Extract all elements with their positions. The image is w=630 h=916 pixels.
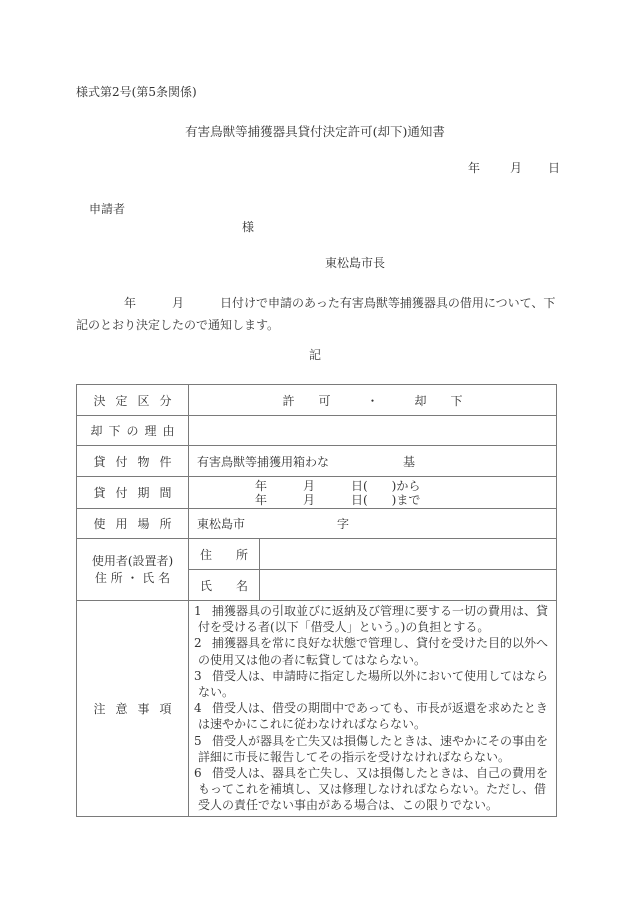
label-char: 使 [89, 515, 111, 532]
note-text: 捕獲器具を常に良好な状態で管理し、貸付を受けた目的以外へ [212, 636, 548, 650]
note-item-1: 1捕獲器具の引取並びに返納及び管理に要する一切の費用は、貸付を受ける者(以下「借… [194, 603, 552, 635]
label-char: 期 [133, 484, 155, 501]
note-text: 借受人は、借受の期間中であっても、市長が返還を求めたとき [212, 701, 548, 715]
issue-date: 年月日 [468, 159, 560, 176]
period-from: 年 月 日( )から [255, 479, 556, 493]
label-char: 区 [133, 392, 155, 409]
note-number: 3 [194, 668, 212, 684]
label-char: 貸 [89, 484, 111, 501]
note-number: 5 [194, 733, 212, 749]
label-char: 下 [106, 422, 124, 439]
note-text: 借受人が器具を亡失又は損傷したときは、速やかにその事由を [212, 734, 548, 748]
row-decision: 決定区分 許 可 ・ 却 下 [77, 385, 557, 416]
ki-heading: 記 [0, 346, 630, 363]
label-char: 件 [155, 453, 177, 470]
label-char: 由 [160, 422, 178, 439]
row-notes: 注意事項 1捕獲器具の引取並びに返納及び管理に要する一切の費用は、貸付を受ける者… [77, 601, 557, 817]
label-char: 注 [89, 700, 111, 717]
note-text: 捕獲器具の引取並びに返納及び管理に要する一切の費用は、貸 [212, 604, 548, 618]
decision-value[interactable]: 許 可 ・ 却 下 [189, 385, 557, 416]
note-text: は速やかにこれに従わなければならない。 [194, 716, 552, 732]
label-char: 分 [155, 392, 177, 409]
label-char: 意 [111, 700, 133, 717]
label-char: 項 [155, 700, 177, 717]
notice-body-line2: 記のとおり決定したので通知します。 [76, 314, 558, 336]
form-number: 様式第2号(第5条関係) [76, 83, 197, 100]
label-char: 物 [133, 453, 155, 470]
note-text: 詳細に市長に報告してその指示を受けなければならない。 [194, 749, 552, 765]
label-user: 使用者(設置者) 住 所 ・ 氏 名 [77, 539, 189, 601]
label-char: 事 [133, 700, 155, 717]
name-field[interactable] [260, 570, 557, 601]
label-address: 住 所 [189, 539, 260, 570]
label-char: 場 [133, 515, 155, 532]
note-number: 2 [194, 635, 212, 651]
note-text: 受人の責任でない事由がある場合は、この限りでない。 [194, 797, 552, 813]
notice-body-line1: 年 月 日付けで申請のあった有害鳥獣等捕獲器具の借用について、下 [76, 292, 558, 314]
label-char: 付 [111, 484, 133, 501]
reason-field[interactable] [189, 416, 557, 446]
label-char: 用 [111, 515, 133, 532]
label-reason: 却下の理由 [77, 416, 189, 446]
note-item-5: 5借受人が器具を亡失又は損傷したときは、速やかにその事由を詳細に市長に報告してそ… [194, 733, 552, 765]
note-number: 6 [194, 765, 212, 781]
row-item: 貸付物件 有害鳥獣等捕獲用箱わな基 [77, 446, 557, 477]
notice-body: 年 月 日付けで申請のあった有害鳥獣等捕獲器具の借用について、下 記のとおり決定… [76, 292, 558, 336]
item-field[interactable]: 有害鳥獣等捕獲用箱わな基 [189, 446, 557, 477]
note-text: 借受人は、申請時に指定した場所以外において使用してはなら [212, 669, 548, 683]
label-item: 貸付物件 [77, 446, 189, 477]
label-notes: 注意事項 [77, 601, 189, 817]
note-text: ない。 [194, 684, 552, 700]
row-user-address: 使用者(設置者) 住 所 ・ 氏 名 住 所 [77, 539, 557, 570]
item-count-unit: 基 [403, 455, 415, 469]
note-text: 付を受ける者(以下「借受人」という。)の負担とする。 [194, 619, 552, 635]
note-item-4: 4借受人は、借受の期間中であっても、市長が返還を求めたときは速やかにこれに従わな… [194, 700, 552, 732]
note-number: 4 [194, 700, 212, 716]
note-item-3: 3借受人は、申請時に指定した場所以外において使用してはならない。 [194, 668, 552, 700]
decision-table: 決定区分 許 可 ・ 却 下 却下の理由 貸付物件 有害鳥獣等捕獲用箱わな基 貸… [76, 384, 557, 817]
label-char: 理 [142, 422, 160, 439]
period-field[interactable]: 年 月 日( )から 年 月 日( )まで [189, 477, 557, 509]
label-user-line1: 使用者(設置者) [77, 553, 188, 570]
note-item-6: 6借受人は、器具を亡失し、又は損傷したときは、自己の費用をもってこれを補填し、又… [194, 765, 552, 814]
note-item-2: 2捕獲器具を常に良好な状態で管理し、貸付を受けた目的以外への使用又は他の者に転貸… [194, 635, 552, 667]
note-text: もってこれを補填し、又は修理しなければならない。ただし、借 [194, 781, 552, 797]
date-month: 月 [510, 159, 522, 176]
note-text: 借受人は、器具を亡失し、又は損傷したときは、自己の費用を [212, 766, 548, 780]
label-period: 貸付期間 [77, 477, 189, 509]
honorific-sama: 様 [242, 218, 254, 235]
row-location: 使用場所 東松島市字 [77, 509, 557, 539]
label-char: 付 [111, 453, 133, 470]
label-name: 氏 名 [189, 570, 260, 601]
location-field[interactable]: 東松島市字 [189, 509, 557, 539]
item-name: 有害鳥獣等捕獲用箱わな [197, 455, 329, 469]
applicant-label: 申請者 [89, 200, 125, 217]
document-title: 有害鳥獣等捕獲器具貸付決定許可(却下)通知書 [0, 122, 630, 140]
date-day: 日 [548, 159, 560, 176]
label-char: 間 [155, 484, 177, 501]
note-text: の使用又は他の者に転貸してはならない。 [194, 652, 552, 668]
row-period: 貸付期間 年 月 日( )から 年 月 日( )まで [77, 477, 557, 509]
date-year: 年 [468, 159, 480, 176]
location-city: 東松島市 [197, 517, 245, 531]
row-reason: 却下の理由 [77, 416, 557, 446]
label-char: 却 [88, 422, 106, 439]
label-char: 所 [155, 515, 177, 532]
address-field[interactable] [260, 539, 557, 570]
issuer-mayor: 東松島市長 [325, 254, 385, 271]
label-user-line2: 住 所 ・ 氏 名 [77, 570, 188, 587]
label-char: 決 [89, 392, 111, 409]
label-decision: 決定区分 [77, 385, 189, 416]
period-to: 年 月 日( )まで [255, 493, 556, 507]
label-char: 貸 [89, 453, 111, 470]
label-location: 使用場所 [77, 509, 189, 539]
location-aza: 字 [337, 517, 349, 531]
note-number: 1 [194, 603, 212, 619]
label-char: の [124, 422, 142, 439]
notes-content: 1捕獲器具の引取並びに返納及び管理に要する一切の費用は、貸付を受ける者(以下「借… [189, 601, 557, 817]
label-char: 定 [111, 392, 133, 409]
